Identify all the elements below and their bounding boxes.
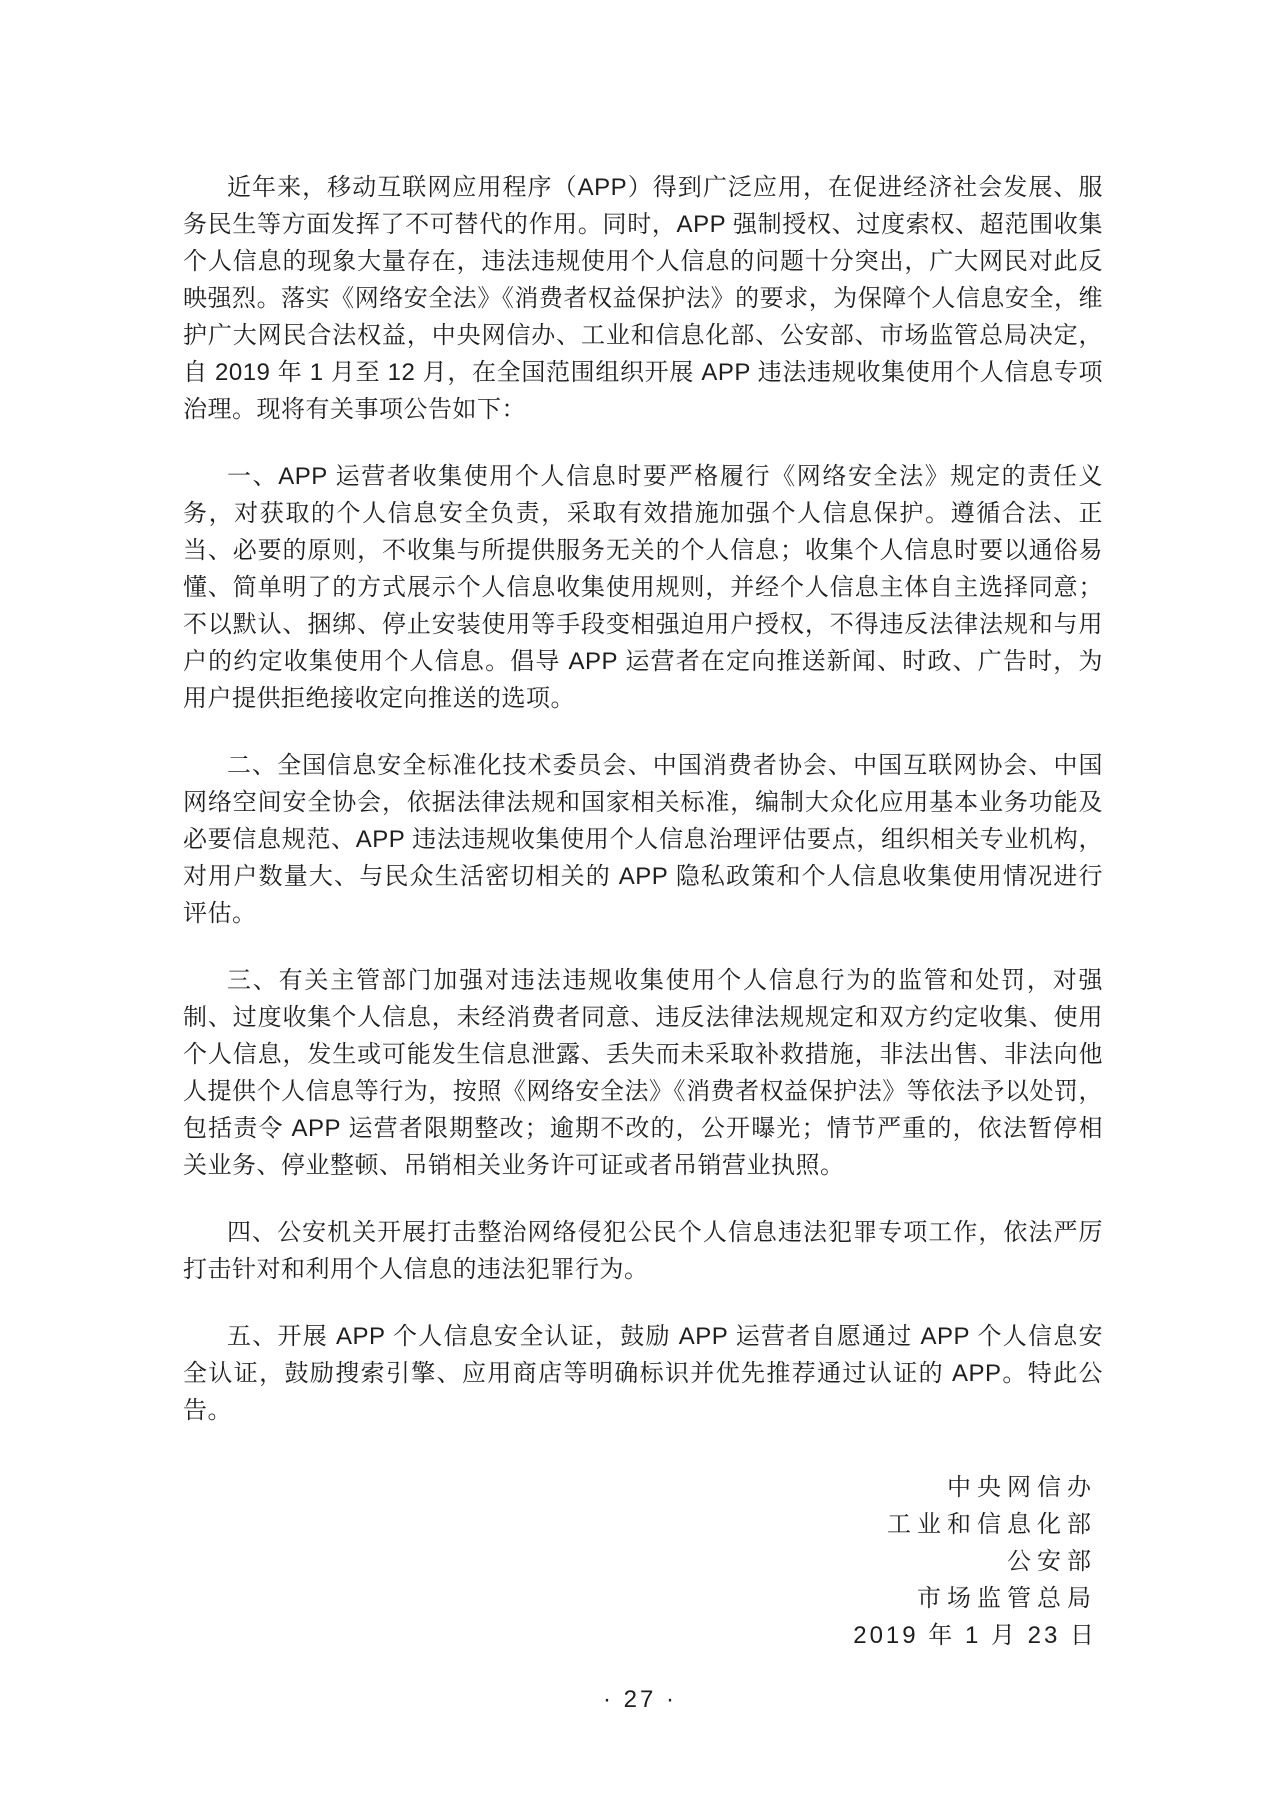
paragraph-item-4: 四、公安机关开展打击整治网络侵犯公民个人信息违法犯罪专项工作，依法严厉打击针对和…: [183, 1214, 1103, 1288]
paragraph-item-2: 二、全国信息安全标准化技术委员会、中国消费者协会、中国互联网协会、中国网络空间安…: [183, 747, 1103, 932]
paragraph-item-1: 一、APP 运营者收集使用个人信息时要严格履行《网络安全法》规定的责任义务，对获…: [183, 458, 1103, 717]
signatory-market-regulation: 市场监管总局: [183, 1580, 1097, 1617]
signature-date: 2019 年 1 月 23 日: [183, 1617, 1097, 1654]
page-number: · 27 ·: [0, 1686, 1280, 1714]
signatory-public-security: 公安部: [183, 1543, 1097, 1580]
document-page: 近年来，移动互联网应用程序（APP）得到广泛应用，在促进经济社会发展、服务民生等…: [0, 0, 1280, 1810]
signatory-cyberspace-administration: 中央网信办: [183, 1469, 1097, 1506]
signature-block: 中央网信办 工业和信息化部 公安部 市场监管总局 2019 年 1 月 23 日: [183, 1469, 1103, 1654]
announcement-body: 近年来，移动互联网应用程序（APP）得到广泛应用，在促进经济社会发展、服务民生等…: [183, 169, 1103, 1654]
signatory-miit: 工业和信息化部: [183, 1506, 1097, 1543]
paragraph-item-5: 五、开展 APP 个人信息安全认证，鼓励 APP 运营者自愿通过 APP 个人信…: [183, 1318, 1103, 1429]
paragraph-intro: 近年来，移动互联网应用程序（APP）得到广泛应用，在促进经济社会发展、服务民生等…: [183, 169, 1103, 428]
paragraph-item-3: 三、有关主管部门加强对违法违规收集使用个人信息行为的监管和处罚，对强制、过度收集…: [183, 962, 1103, 1184]
